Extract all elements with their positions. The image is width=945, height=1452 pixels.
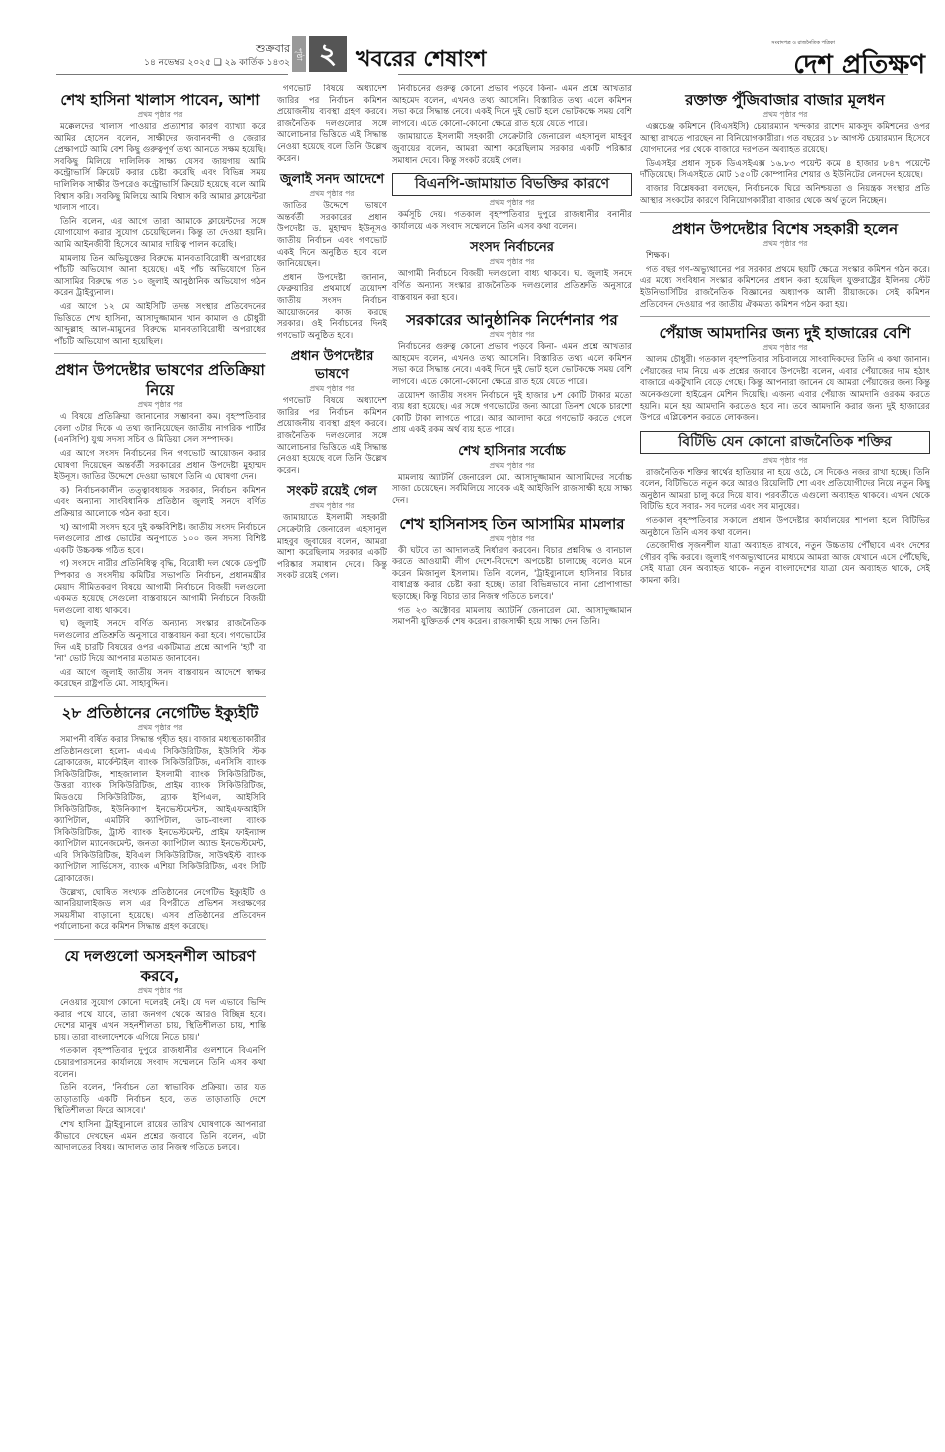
page-label: পৃষ্ঠা: [292, 36, 306, 72]
article-headline: শেখ হাসিনাসহ তিন আসামির মামলার: [392, 514, 632, 534]
article-headline: রক্তাক্ত পুঁজিবাজার বাজার মূলধন: [640, 90, 930, 110]
article-paragraph: নির্বাচনের গুরুত্ব কোনো প্রভাব পড়বে কিন…: [392, 342, 632, 388]
article-paragraph: শিক্ষক।: [640, 251, 930, 263]
article-headline: প্রধান উপদেষ্টার ভাষণের প্রতিক্রিয়া নিয…: [54, 360, 266, 400]
article-paragraph: গতকাল বৃহস্পতিবার সকালে প্রধান উপদেষ্টার…: [640, 516, 930, 539]
article-hasina-acquittal[interactable]: শেখ হাসিনা খালাস পাবেন, আশা প্রথম পৃষ্ঠা…: [54, 90, 266, 348]
article-paragraph: মক্কেলদের খালাস পাওয়ার প্রত্যাশার কারণ …: [54, 122, 266, 215]
article-headline-boxed: বিটিভি যেন কোনো রাজনৈতিক শক্তির: [640, 431, 930, 454]
article-paragraph: আলম চৌধুরী। গতকাল বৃহস্পতিবার সচিবালয়ে …: [640, 355, 930, 425]
article-headline: সংকট রয়েই গেল: [277, 483, 387, 501]
article-divider: [54, 696, 266, 697]
article-paragraph: মামলায় তিন অভিযুক্তের বিরুদ্ধে মানবতাবি…: [54, 254, 266, 300]
article-paragraph: এক্সচেঞ্জ কমিশনে (বিএসইসি) চেয়ারম্যান খ…: [640, 122, 930, 157]
article-headline: সংসদ নির্বাচনের: [392, 239, 632, 257]
article-paragraph: বাজার বিশ্লেষকরা বলছেন, নির্বাচনকে ঘিরে …: [640, 184, 930, 207]
article-byline: প্রথম পৃষ্ঠার পর: [640, 110, 930, 120]
article-paragraph: গতকাল বৃহস্পতিবার দুপুরে রাজধানীর গুলশান…: [54, 1046, 266, 1081]
article-paragraph: আগামী নির্বাচনে বিজয়ী দলগুলো বাধ্য থাকব…: [392, 269, 632, 304]
header-rule-right: [398, 74, 908, 75]
article-bnp-jamaat-division[interactable]: বিএনপি-জামায়াত বিভক্তির কারণে প্রথম পৃষ…: [392, 173, 632, 233]
article-paragraph: তেজোদীপ্ত সৃজনশীল যাত্রা অব্যাহত রাখবে, …: [640, 541, 930, 587]
article-hasina-highest-penalty[interactable]: শেখ হাসিনার সর্বোচ্চ প্রথম পৃষ্ঠার পর মা…: [392, 443, 632, 508]
article-divider: [640, 316, 930, 317]
article-adviser-speech[interactable]: প্রধান উপদেষ্টার ভাষণে প্রথম পৃষ্ঠার পর …: [277, 348, 387, 477]
page-number: ২: [309, 36, 347, 72]
article-headline: সরকারের আনুষ্ঠানিক নির্দেশনার পর: [392, 310, 632, 330]
article-paragraph: সমাপনী বর্ষিত করার সিদ্ধান্ত গৃহীত হয়। …: [54, 735, 266, 886]
column-4: রক্তাক্ত পুঁজিবাজার বাজার মূলধন প্রথম পৃ…: [640, 84, 930, 1444]
article-headline: পেঁয়াজ আমদানির জন্য দুই হাজারের বেশি: [640, 323, 930, 343]
article-headline: জুলাই সনদ আদেশে: [277, 171, 387, 189]
article-btv-political[interactable]: বিটিভি যেন কোনো রাজনৈতিক শক্তির প্রথম পৃ…: [640, 431, 930, 588]
article-paragraph: গ) সংসদে নারীর প্রতিনিধিত্ব বৃদ্ধি, বিরো…: [54, 559, 266, 617]
article-headline: প্রধান উপদেষ্টার ভাষণে: [277, 348, 387, 384]
article-paragraph: গত বছর গণ-অভ্যুত্থানের পর সরকার প্রথমে ছ…: [640, 265, 930, 311]
article-headline: প্রধান উপদেষ্টার বিশেষ সহকারী হলেন: [640, 219, 930, 239]
article-byline: প্রথম পৃষ্ঠার পর: [640, 239, 930, 249]
article-divider: [54, 939, 266, 940]
article-headline: ২৮ প্রতিষ্ঠানের নেগেটিভ ইক্যুইটি: [54, 703, 266, 723]
article-onion-import[interactable]: পেঁয়াজ আমদানির জন্য দুই হাজারের বেশি প্…: [640, 323, 930, 425]
article-byline: প্রথম পৃষ্ঠার পর: [392, 330, 632, 340]
article-paragraph: কর্মসূচি দেয়। গতকাল বৃহস্পতিবার দুপুরে …: [392, 210, 632, 233]
article-byline: প্রথম পৃষ্ঠার পর: [640, 456, 930, 466]
article-byline: প্রথম পৃষ্ঠার পর: [54, 986, 266, 996]
header-rule-left: [56, 74, 288, 75]
article-govt-formal-directive[interactable]: সরকারের আনুষ্ঠানিক নির্দেশনার পর প্রথম প…: [392, 310, 632, 437]
article-paragraph: তিনি বলেন, 'নির্বাচন তো স্বাভাবিক প্রক্র…: [54, 1083, 266, 1118]
article-byline: প্রথম পৃষ্ঠার পর: [392, 461, 632, 471]
article-paragraph: ক) নির্বাচনকালীন তত্ত্বাবধায়ক সরকার, নি…: [54, 486, 266, 521]
article-byline: প্রথম পৃষ্ঠার পর: [640, 343, 930, 353]
article-paragraph: কী ঘটবে তা আদালতই নির্ধারণ করবেন। বিচার …: [392, 546, 632, 604]
article-headline: শেখ হাসিনার সর্বোচ্চ: [392, 443, 632, 461]
article-paragraph: এর আগে সংসদ নির্বাচনের দিন গণভোট আয়োজন …: [54, 449, 266, 484]
article-july-charter-order[interactable]: জুলাই সনদ আদেশে প্রথম পৃষ্ঠার পর জাতির উ…: [277, 171, 387, 342]
article-paragraph: গত ২৩ অক্টোবর মামলায় অ্যাটর্নি জেনারেল …: [392, 606, 632, 629]
article-paragraph: গণভোট বিষয়ে অধ্যাদেশ জারির পর নির্বাচন …: [277, 396, 387, 477]
article-byline: প্রথম পৃষ্ঠার পর: [392, 534, 632, 544]
article-paragraph: ঘ) জুলাই সনদে বর্ণিত অন্যান্য সংস্কার রা…: [54, 619, 266, 665]
article-paragraph: এর আগে ১২ মে আইসিটি তদন্ত সংস্থার প্রতিব…: [54, 302, 266, 348]
column-2: গণভোট বিষয়ে অধ্যাদেশ জারির পর নির্বাচন …: [277, 84, 387, 1444]
issue-date: ১৪ নভেম্বর ২০২৫ ❑ ২৯ কার্তিক ১৪৩২: [144, 56, 290, 70]
article-paragraph: ত্রয়োদশ জাতীয় সংসদ নির্বাচনে দুই হাজার…: [392, 391, 632, 437]
article-divider: [640, 212, 930, 213]
article-paragraph: শেখ হাসিনা ট্রাইব্যুনালে রায়ের তারিখ ঘো…: [54, 1120, 266, 1155]
issue-day: শুক্রবার: [144, 42, 290, 56]
article-paragraph: খ) আগামী সংসদ হবে দুই কক্ষবিশিষ্ট। জাতীয…: [54, 523, 266, 558]
article-paragraph: গণভোট বিষয়ে অধ্যাদেশ জারির পর নির্বাচন …: [277, 84, 387, 165]
article-paragraph: মামলায় অ্যাটর্নি জেনারেল মো. আসাদুজ্জাম…: [392, 473, 632, 508]
article-stock-market[interactable]: রক্তাক্ত পুঁজিবাজার বাজার মূলধন প্রথম পৃ…: [640, 90, 930, 207]
article-parliament-election[interactable]: সংসদ নির্বাচনের প্রথম পৃষ্ঠার পর আগামী ন…: [392, 239, 632, 304]
article-headline: শেখ হাসিনা খালাস পাবেন, আশা: [54, 90, 266, 110]
article-byline: প্রথম পৃষ্ঠার পর: [54, 723, 266, 733]
article-intolerant-parties[interactable]: যে দলগুলো অসহনশীল আচরণ করবে, প্রথম পৃষ্ঠ…: [54, 946, 266, 1155]
article-byline: প্রথম পৃষ্ঠার পর: [277, 384, 387, 394]
article-three-accused-case[interactable]: শেখ হাসিনাসহ তিন আসামির মামলার প্রথম পৃষ…: [392, 514, 632, 629]
article-paragraph: এ বিষয়ে প্রতিক্রিয়া জানানোর সম্ভাবনা ক…: [54, 412, 266, 447]
newspaper-logo: দেশ প্রতিক্ষণ: [793, 44, 925, 88]
article-paragraph: নির্বাচনের গুরুত্ব কোনো প্রভাব পড়বে কিন…: [392, 84, 632, 130]
article-paragraph: প্রধান উপদেষ্টা জানান, ফেব্রুয়ারির প্রথ…: [277, 273, 387, 343]
article-byline: প্রথম পৃষ্ঠার পর: [54, 400, 266, 410]
article-byline: প্রথম পৃষ্ঠার পর: [277, 189, 387, 199]
article-crisis-remains[interactable]: সংকট রয়েই গেল প্রথম পৃষ্ঠার পর জামায়াত…: [277, 483, 387, 583]
issue-date-block: শুক্রবার ১৪ নভেম্বর ২০২৫ ❑ ২৯ কার্তিক ১৪…: [144, 42, 290, 70]
article-paragraph: তিনি বলেন, এর আগে তারা আমাকে ক্লায়েন্টদ…: [54, 217, 266, 252]
article-special-assistant[interactable]: প্রধান উপদেষ্টার বিশেষ সহকারী হলেন প্রথম…: [640, 219, 930, 311]
article-negative-equity[interactable]: ২৮ প্রতিষ্ঠানের নেগেটিভ ইক্যুইটি প্রথম প…: [54, 703, 266, 934]
article-byline: প্রথম পৃষ্ঠার পর: [277, 501, 387, 511]
article-headline: যে দলগুলো অসহনশীল আচরণ করবে,: [54, 946, 266, 986]
article-byline: প্রথম পৃষ্ঠার পর: [392, 198, 632, 208]
article-paragraph: জামায়াতে ইসলামী সহকারী সেক্রেটারি জেনার…: [277, 513, 387, 583]
article-paragraph: উল্লেখ্য, ঘোষিত সংখ্যক প্রতিষ্ঠানের নেগে…: [54, 888, 266, 934]
column-3: নির্বাচনের গুরুত্ব কোনো প্রভাব পড়বে কিন…: [392, 84, 632, 1444]
masthead: শুক্রবার ১৪ নভেম্বর ২০২৫ ❑ ২৯ কার্তিক ১৪…: [0, 0, 945, 76]
article-paragraph: জামায়াতে ইসলামী সহকারী সেক্রেটারি জেনার…: [392, 132, 632, 167]
article-paragraph: ডিএসইর প্রধান সূচক ডিএসইএক্স ১৬.৮৩ পয়েন…: [640, 159, 930, 182]
column-1: শেখ হাসিনা খালাস পাবেন, আশা প্রথম পৃষ্ঠা…: [54, 84, 266, 1444]
article-paragraph: নেওয়ার সুযোগ কোনো দলেরই নেই। যে দল এভাব…: [54, 998, 266, 1044]
article-paragraph: এর আগে জুলাই জাতীয় সনদ বাস্তবায়ন আদেশে…: [54, 668, 266, 691]
article-adviser-speech-reaction[interactable]: প্রধান উপদেষ্টার ভাষণের প্রতিক্রিয়া নিয…: [54, 360, 266, 691]
article-byline: প্রথম পৃষ্ঠার পর: [54, 110, 266, 120]
article-byline: প্রথম পৃষ্ঠার পর: [392, 257, 632, 267]
article-paragraph: রাজনৈতিক শক্তির স্বার্থের হাতিয়ার না হয…: [640, 468, 930, 514]
article-headline-boxed: বিএনপি-জামায়াত বিভক্তির কারণে: [392, 173, 632, 196]
article-divider: [54, 353, 266, 354]
article-paragraph: জাতির উদ্দেশে ভাষণে অন্তর্বর্তী সরকারের …: [277, 201, 387, 271]
